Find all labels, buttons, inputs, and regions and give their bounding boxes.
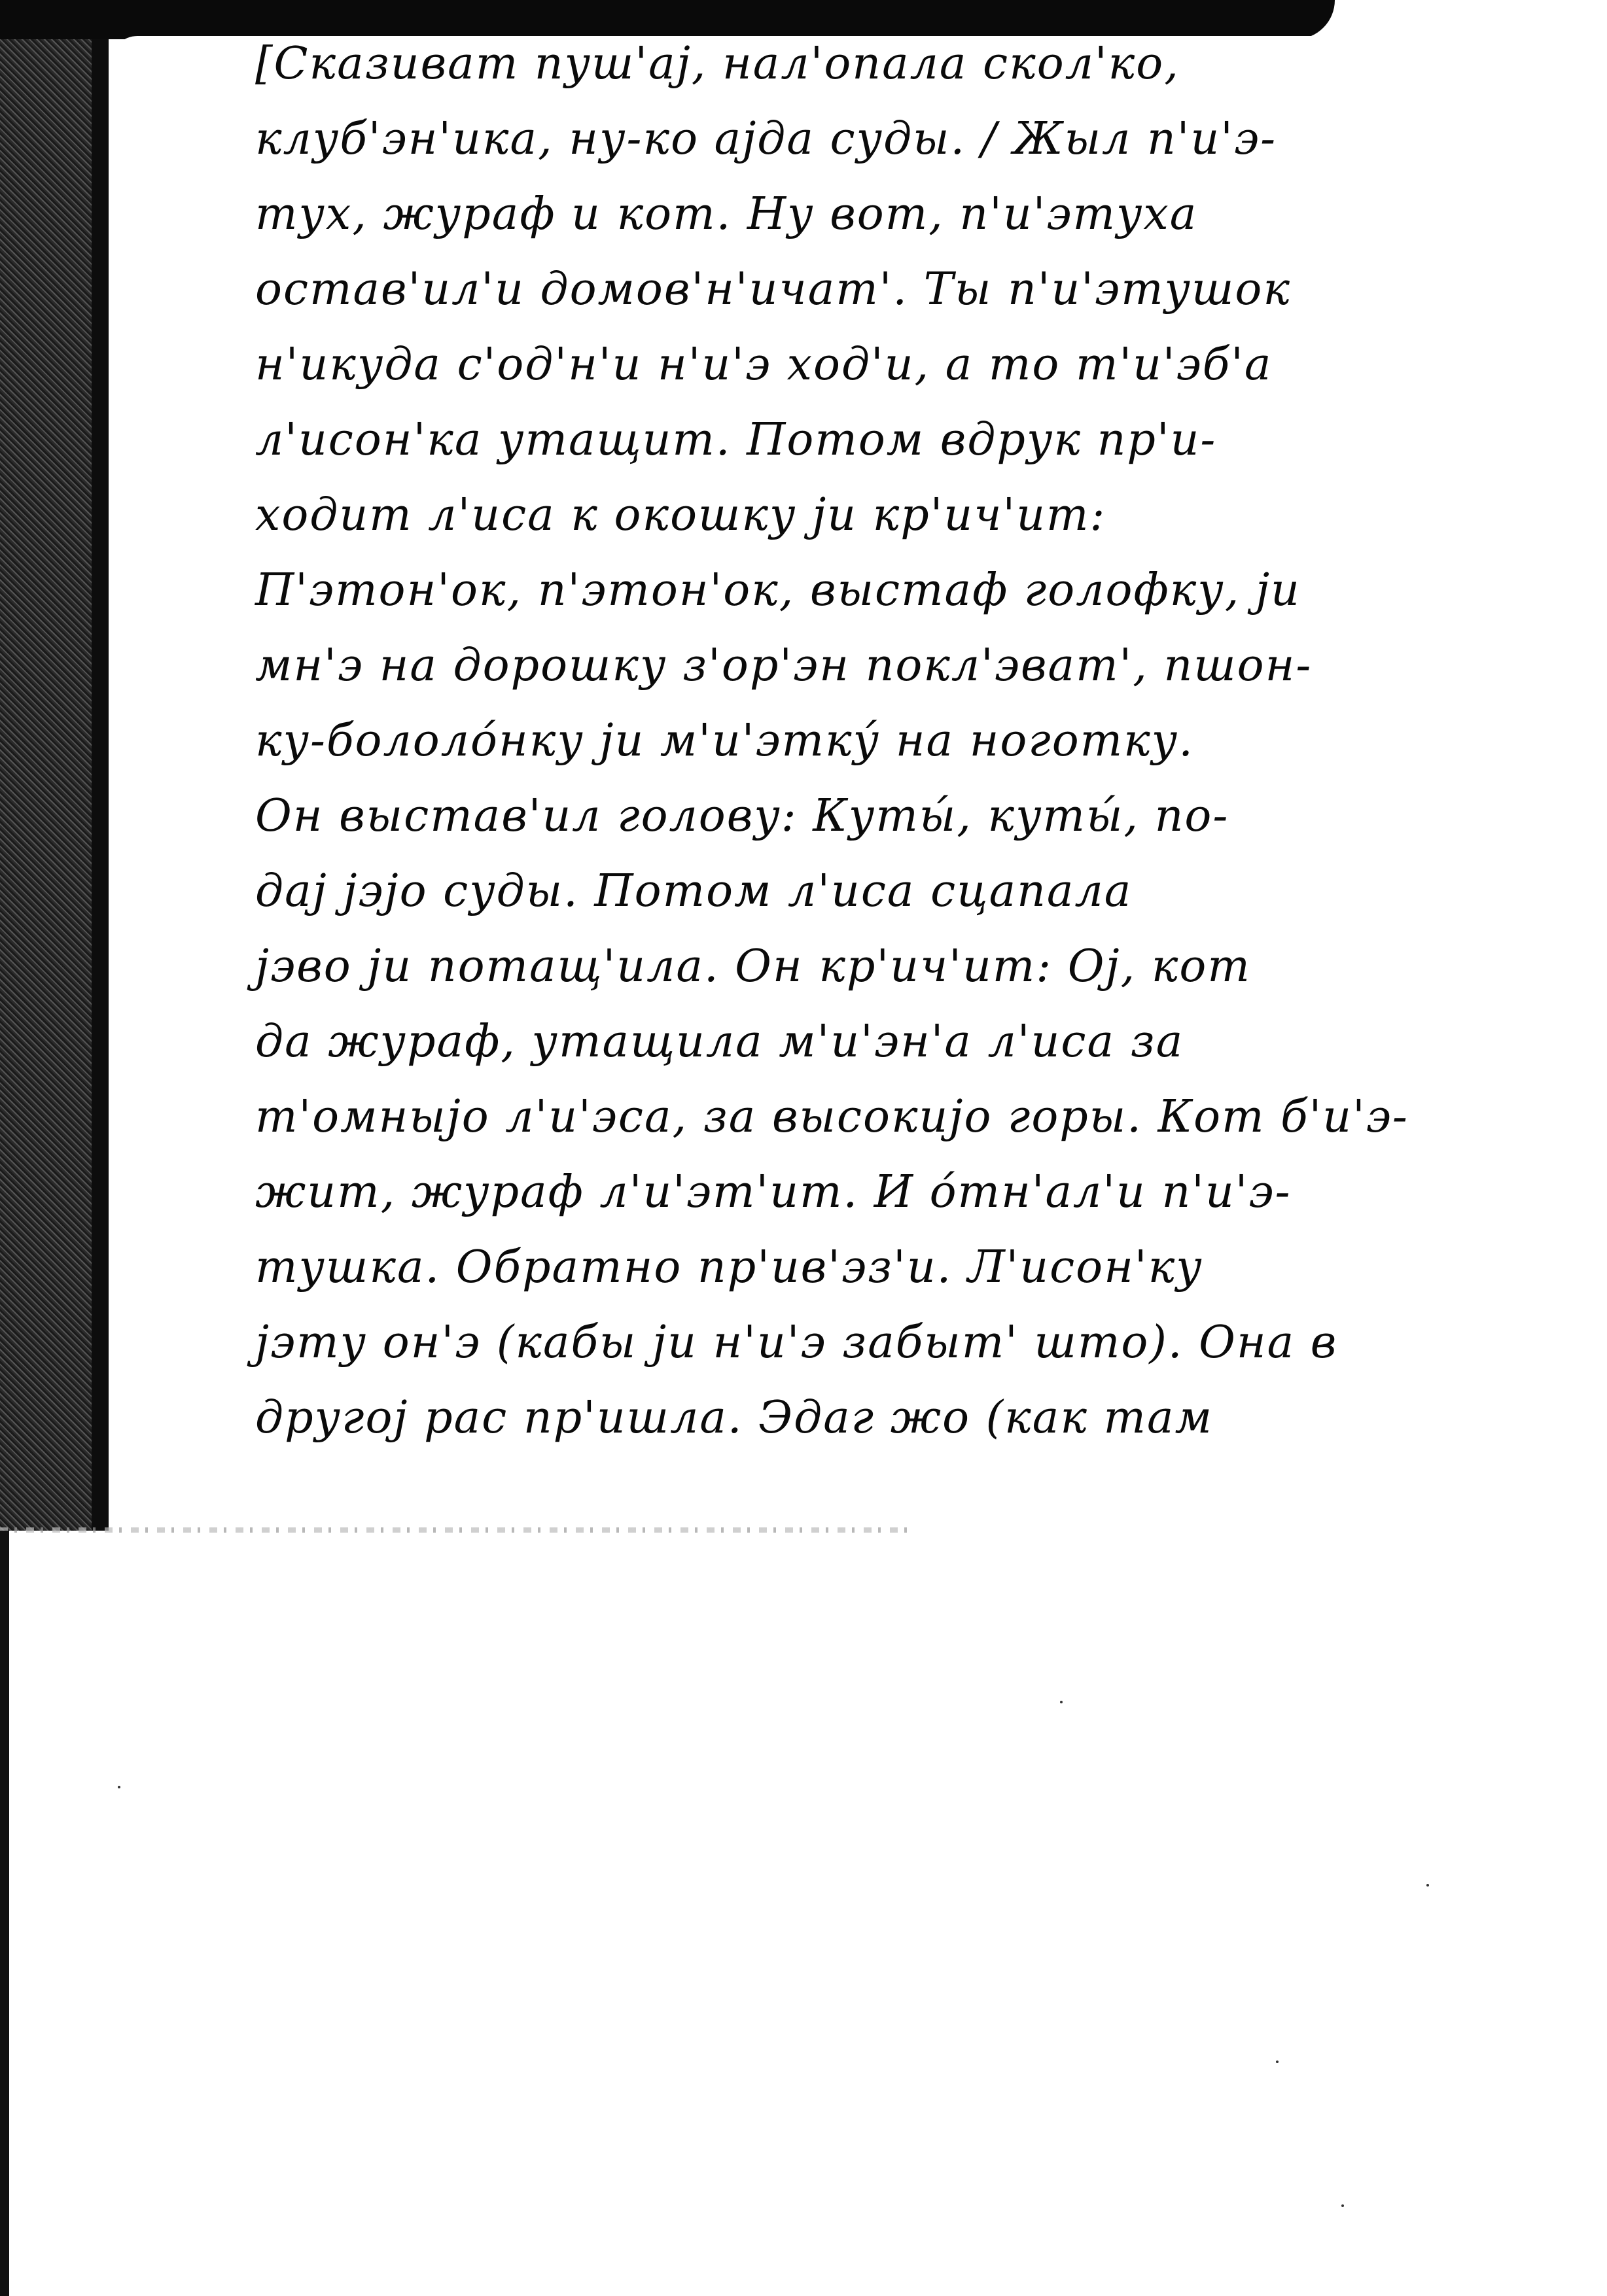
text-line: ходит л'иса к окошку ји кр'ич'ит:	[255, 478, 1341, 553]
text-line: мн'э на дорошку з'ор'эн покл'эват', пшон…	[255, 628, 1341, 703]
scan-speck	[1276, 2061, 1279, 2063]
scanned-page: [Сказиват пуш'ај, нал'опала скол'ко, клу…	[0, 0, 1607, 2296]
scan-bottom-edge	[0, 1527, 916, 1533]
handwritten-text-block: [Сказиват пуш'ај, нал'опала скол'ко, клу…	[255, 26, 1341, 1455]
scan-speck	[1341, 2204, 1344, 2207]
text-line: јэво ји потащ'ила. Он кр'ич'ит: Ој, кот	[255, 929, 1341, 1004]
text-line: жит, жураф л'и'эт'ит. И о́тн'ал'и п'и'э-	[255, 1155, 1341, 1230]
binding-edge-shadow	[92, 39, 109, 1531]
text-line: л'исон'ка утащит. Потом вдрук пр'и-	[255, 402, 1341, 478]
text-line: тушка. Обратно пр'ив'эз'и. Л'исон'ку	[255, 1230, 1341, 1305]
text-line: остав'ил'и домов'н'ичат'. Ты п'и'этушок	[255, 252, 1341, 327]
text-line: ку-бололо́нку ји м'и'этку́ на ноготку.	[255, 703, 1341, 778]
text-line: н'икуда с'од'н'и н'и'э ход'и, а то т'и'э…	[255, 327, 1341, 402]
text-line: јэту он'э (кабы ји н'и'э забыт' што). Он…	[255, 1305, 1341, 1380]
text-line: Он выстав'ил голову: Куты́, куты́, по-	[255, 778, 1341, 854]
text-line: клуб'эн'ика, ну-ко ајда суды. / Жыл п'и'…	[255, 101, 1341, 177]
text-line: т'омныјо л'и'эса, за высокијо горы. Кот …	[255, 1079, 1341, 1155]
scan-speck	[118, 1786, 120, 1788]
text-line: П'этон'ок, п'этон'ок, выстаф голофку, ји	[255, 553, 1341, 628]
scan-speck	[1060, 1701, 1063, 1703]
text-line: тух, жураф и кот. Ну вот, п'и'этуха	[255, 177, 1341, 252]
text-line: дај јэјо суды. Потом л'иса сцапала	[255, 854, 1341, 929]
book-binding-strip	[0, 0, 105, 1531]
scan-left-edge	[0, 1531, 9, 2296]
text-line: да жураф, утащила м'и'эн'а л'иса за	[255, 1004, 1341, 1079]
scan-speck	[1426, 1884, 1429, 1887]
text-line: другој рас пр'ишла. Эдаг жо (как там	[255, 1380, 1341, 1455]
text-line: [Сказиват пуш'ај, нал'опала скол'ко,	[255, 26, 1341, 101]
